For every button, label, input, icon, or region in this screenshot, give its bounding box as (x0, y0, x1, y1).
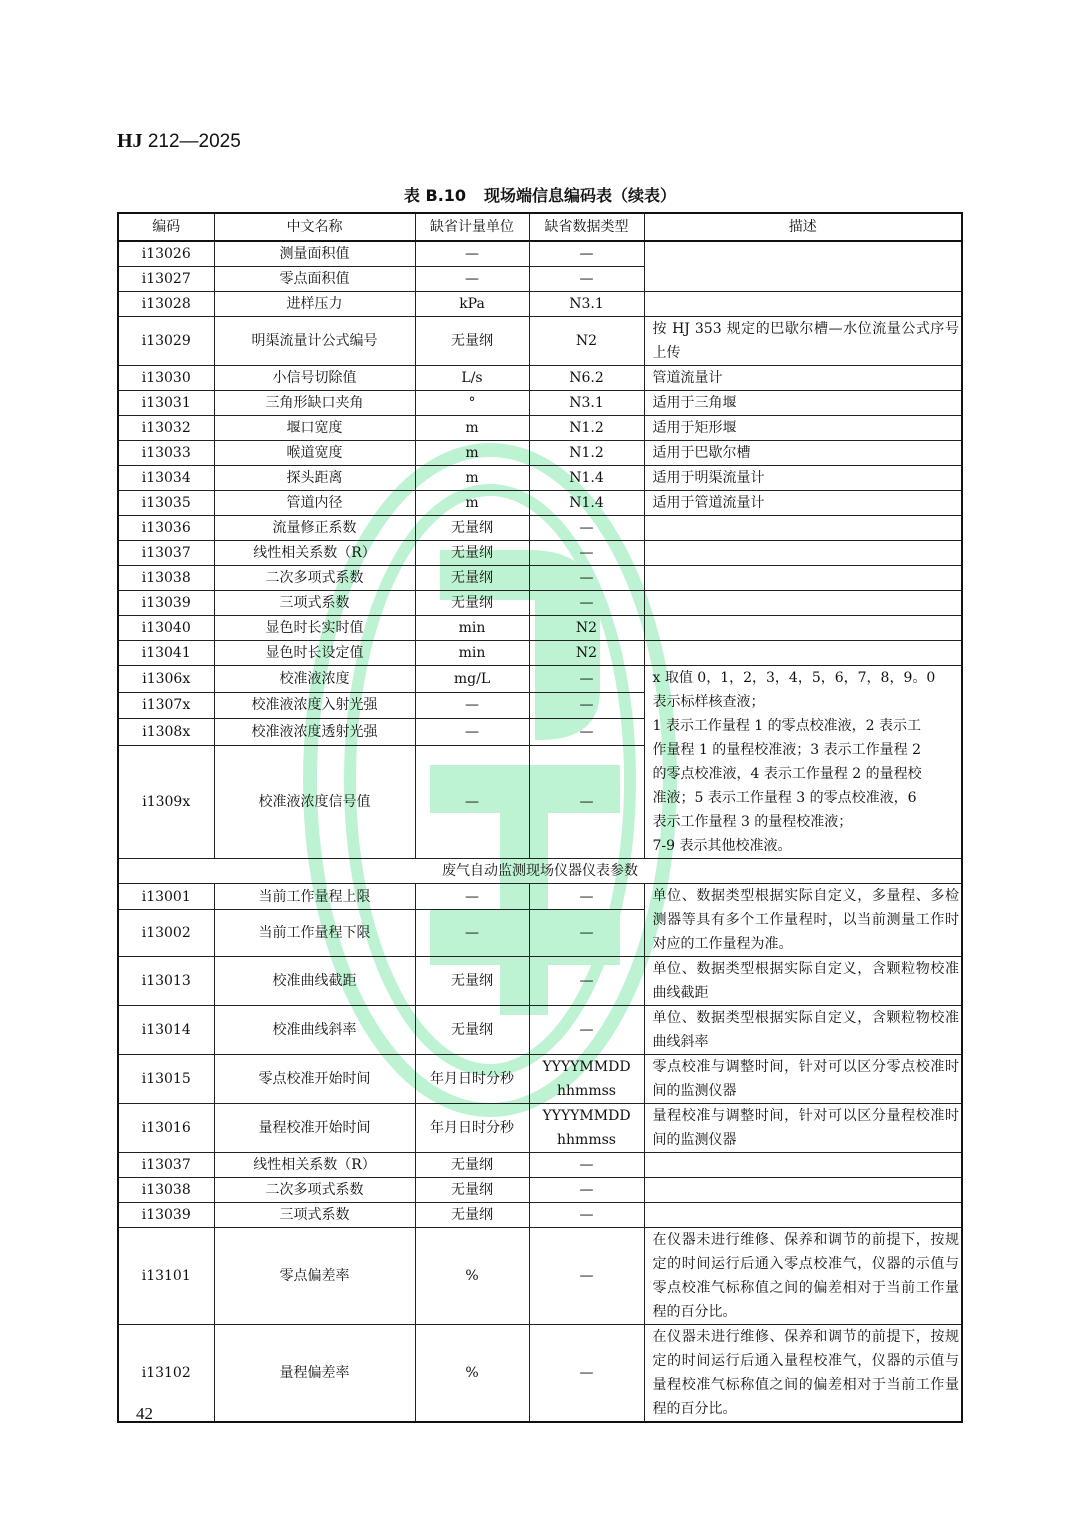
cell-name: 校准液浓度信号值 (214, 746, 415, 859)
cell-name: 零点偏差率 (214, 1228, 415, 1325)
cell-code: i1307x (118, 692, 214, 719)
cell-type: — (529, 957, 644, 1006)
cell-type: N2 (529, 641, 644, 666)
cell-code: i13031 (118, 391, 214, 416)
cell-unit: 无量纲 (415, 1203, 529, 1228)
cell-code: i13013 (118, 957, 214, 1006)
cell-name: 管道内径 (214, 491, 415, 516)
cell-unit: mg/L (415, 666, 529, 693)
cell-type: N3.1 (529, 391, 644, 416)
table-row: i13102量程偏差率%—在仪器未进行维修、保养和调节的前提下，按规定的时间运行… (118, 1325, 962, 1423)
cell-desc (644, 516, 962, 541)
table-row: i13040显色时长实时值minN2 (118, 616, 962, 641)
cell-type: — (529, 692, 644, 719)
cell-type: N2 (529, 317, 644, 366)
table-row: i13031三角形缺口夹角°N3.1适用于三角堰 (118, 391, 962, 416)
cell-name: 堰口宽度 (214, 416, 415, 441)
cell-type: — (529, 1178, 644, 1203)
cell-type: — (529, 884, 644, 910)
table-row: i13001当前工作量程上限——单位、数据类型根据实际自定义，多量程、多检测器等… (118, 884, 962, 910)
cell-desc (644, 641, 962, 666)
table-row: i13039三项式系数无量纲— (118, 1203, 962, 1228)
cell-name: 量程偏差率 (214, 1325, 415, 1423)
table-row: i13033喉道宽度mN1.2适用于巴歇尔槽 (118, 441, 962, 466)
cell-name: 三角形缺口夹角 (214, 391, 415, 416)
cell-type: N1.2 (529, 416, 644, 441)
cell-type: N1.4 (529, 491, 644, 516)
table-header-row: 编码 中文名称 缺省计量单位 缺省数据类型 描述 (118, 213, 962, 241)
cell-code: i13030 (118, 366, 214, 391)
cell-unit: — (415, 267, 529, 292)
cell-desc (644, 292, 962, 317)
cell-code: i13040 (118, 616, 214, 641)
cell-unit: m (415, 491, 529, 516)
cell-unit: % (415, 1325, 529, 1423)
cell-code: i13026 (118, 241, 214, 267)
cell-name: 喉道宽度 (214, 441, 415, 466)
cell-unit: — (415, 241, 529, 267)
cell-unit: m (415, 441, 529, 466)
cell-unit: min (415, 641, 529, 666)
cell-name: 进样压力 (214, 292, 415, 317)
cell-name: 三项式系数 (214, 591, 415, 616)
table-row: i13034探头距离mN1.4适用于明渠流量计 (118, 466, 962, 491)
cell-name: 线性相关系数（R） (214, 1153, 415, 1178)
cell-desc-calibration: x 取值 0，1，2，3，4，5，6，7，8，9。0表示标样核查液；1 表示工作… (644, 666, 962, 859)
table-row: i13036流量修正系数无量纲— (118, 516, 962, 541)
cell-type: — (529, 719, 644, 746)
table-row: i13029明渠流量计公式编号无量纲N2按 HJ 353 规定的巴歇尔槽—水位流… (118, 317, 962, 366)
cell-unit: % (415, 1228, 529, 1325)
cell-desc: 单位、数据类型根据实际自定义，含颗粒物校准曲线斜率 (644, 1006, 962, 1055)
cell-name: 校准液浓度透射光强 (214, 719, 415, 746)
table-row: i13039三项式系数无量纲— (118, 591, 962, 616)
cell-name: 校准曲线截距 (214, 957, 415, 1006)
cell-desc: 适用于明渠流量计 (644, 466, 962, 491)
cell-desc (644, 591, 962, 616)
cell-name: 探头距离 (214, 466, 415, 491)
cell-name: 零点校准开始时间 (214, 1055, 415, 1104)
cell-code: i13033 (118, 441, 214, 466)
cell-code: i13015 (118, 1055, 214, 1104)
cell-unit: ° (415, 391, 529, 416)
cell-name: 零点面积值 (214, 267, 415, 292)
cell-unit: — (415, 719, 529, 746)
cell-desc (644, 1178, 962, 1203)
cell-desc: 适用于三角堰 (644, 391, 962, 416)
cell-type: — (529, 1325, 644, 1423)
col-unit: 缺省计量单位 (415, 213, 529, 241)
cell-desc (644, 541, 962, 566)
standard-header: HJ 212—2025 (117, 130, 241, 153)
col-name: 中文名称 (214, 213, 415, 241)
cell-type: N1.2 (529, 441, 644, 466)
cell-type: — (529, 1228, 644, 1325)
section-title: 废气自动监测现场仪器仪表参数 (118, 859, 962, 884)
table-row: i13032堰口宽度mN1.2适用于矩形堰 (118, 416, 962, 441)
cell-type: — (529, 566, 644, 591)
cell-code: i13029 (118, 317, 214, 366)
table-row: i13026测量面积值—— (118, 241, 962, 267)
standard-number: 212—2025 (148, 131, 241, 152)
cell-code: i13028 (118, 292, 214, 317)
table-label: 表 B.10 (404, 186, 466, 205)
cell-type: — (529, 666, 644, 693)
cell-code: i13027 (118, 267, 214, 292)
table-row: i13037线性相关系数（R）无量纲— (118, 1153, 962, 1178)
cell-desc: 在仪器未进行维修、保养和调节的前提下，按规定的时间运行后通入量程校准气，仪器的示… (644, 1325, 962, 1423)
table-row: i1306x校准液浓度mg/L—x 取值 0，1，2，3，4，5，6，7，8，9… (118, 666, 962, 693)
cell-unit: 无量纲 (415, 317, 529, 366)
cell-unit: 无量纲 (415, 516, 529, 541)
cell-unit: — (415, 746, 529, 859)
cell-type: — (529, 1006, 644, 1055)
cell-code: i13014 (118, 1006, 214, 1055)
cell-unit: m (415, 466, 529, 491)
cell-name: 小信号切除值 (214, 366, 415, 391)
cell-name: 线性相关系数（R） (214, 541, 415, 566)
cell-unit: 无量纲 (415, 1006, 529, 1055)
cell-code: i13039 (118, 1203, 214, 1228)
cell-type: — (529, 1153, 644, 1178)
cell-code: i13101 (118, 1228, 214, 1325)
cell-type: — (529, 241, 644, 267)
cell-code: i13102 (118, 1325, 214, 1423)
cell-unit: 年月日时分秒 (415, 1104, 529, 1153)
cell-desc (644, 241, 962, 292)
cell-type: N6.2 (529, 366, 644, 391)
table-row: i13035管道内径mN1.4适用于管道流量计 (118, 491, 962, 516)
cell-type: — (529, 591, 644, 616)
cell-code: i13038 (118, 1178, 214, 1203)
cell-type: — (529, 541, 644, 566)
cell-name: 二次多项式系数 (214, 566, 415, 591)
cell-code: i1308x (118, 719, 214, 746)
cell-desc (644, 1203, 962, 1228)
cell-unit: 无量纲 (415, 957, 529, 1006)
cell-name: 校准液浓度入射光强 (214, 692, 415, 719)
cell-name: 量程校准开始时间 (214, 1104, 415, 1153)
cell-unit: — (415, 692, 529, 719)
cell-code: i13001 (118, 884, 214, 910)
cell-type: N2 (529, 616, 644, 641)
cell-code: i13035 (118, 491, 214, 516)
cell-desc: 适用于巴歇尔槽 (644, 441, 962, 466)
cell-unit: 无量纲 (415, 1178, 529, 1203)
cell-name: 测量面积值 (214, 241, 415, 267)
cell-type: N1.4 (529, 466, 644, 491)
col-type: 缺省数据类型 (529, 213, 644, 241)
table-row: i13038二次多项式系数无量纲— (118, 1178, 962, 1203)
table-row: i13014校准曲线斜率无量纲—单位、数据类型根据实际自定义，含颗粒物校准曲线斜… (118, 1006, 962, 1055)
cell-desc: 在仪器未进行维修、保养和调节的前提下，按规定的时间运行后通入零点校准气，仪器的示… (644, 1228, 962, 1325)
cell-desc: 零点校准与调整时间，针对可以区分零点校准时间的监测仪器 (644, 1055, 962, 1104)
col-code: 编码 (118, 213, 214, 241)
cell-desc-range: 单位、数据类型根据实际自定义，多量程、多检测器等具有多个工作量程时，以当前测量工… (644, 884, 962, 957)
cell-unit: min (415, 616, 529, 641)
cell-desc: 管道流量计 (644, 366, 962, 391)
cell-desc (644, 566, 962, 591)
cell-type: N3.1 (529, 292, 644, 317)
cell-name: 校准液浓度 (214, 666, 415, 693)
cell-desc (644, 1153, 962, 1178)
cell-name: 当前工作量程下限 (214, 910, 415, 957)
cell-name: 显色时长设定值 (214, 641, 415, 666)
cell-unit: kPa (415, 292, 529, 317)
table-row: i13013校准曲线截距无量纲—单位、数据类型根据实际自定义，含颗粒物校准曲线截… (118, 957, 962, 1006)
cell-code: i13034 (118, 466, 214, 491)
cell-unit: — (415, 910, 529, 957)
cell-type: — (529, 910, 644, 957)
cell-code: i13016 (118, 1104, 214, 1153)
cell-name: 校准曲线斜率 (214, 1006, 415, 1055)
table-caption: 表 B.10现场端信息编码表（续表） (0, 183, 1080, 206)
cell-unit: 无量纲 (415, 591, 529, 616)
cell-code: i13002 (118, 910, 214, 957)
cell-unit: L/s (415, 366, 529, 391)
cell-code: i13039 (118, 591, 214, 616)
cell-type: YYYYMMDDhhmmss (529, 1055, 644, 1104)
cell-code: i13037 (118, 1153, 214, 1178)
cell-name: 明渠流量计公式编号 (214, 317, 415, 366)
table-row: i13016量程校准开始时间年月日时分秒YYYYMMDDhhmmss量程校准与调… (118, 1104, 962, 1153)
cell-desc: 量程校准与调整时间，针对可以区分量程校准时间的监测仪器 (644, 1104, 962, 1153)
table-row: i13038二次多项式系数无量纲— (118, 566, 962, 591)
table-row: i13015零点校准开始时间年月日时分秒YYYYMMDDhhmmss零点校准与调… (118, 1055, 962, 1104)
cell-type: — (529, 267, 644, 292)
cell-name: 流量修正系数 (214, 516, 415, 541)
cell-name: 显色时长实时值 (214, 616, 415, 641)
table-title: 现场端信息编码表（续表） (484, 186, 676, 205)
col-desc: 描述 (644, 213, 962, 241)
cell-desc: 单位、数据类型根据实际自定义，含颗粒物校准曲线截距 (644, 957, 962, 1006)
cell-name: 二次多项式系数 (214, 1178, 415, 1203)
table-row: i13037线性相关系数（R）无量纲— (118, 541, 962, 566)
cell-code: i13036 (118, 516, 214, 541)
info-code-table: 编码 中文名称 缺省计量单位 缺省数据类型 描述 i13026测量面积值——i1… (117, 212, 963, 1423)
table-row: i13030小信号切除值L/sN6.2管道流量计 (118, 366, 962, 391)
section-row: 废气自动监测现场仪器仪表参数 (118, 859, 962, 884)
cell-code: i13032 (118, 416, 214, 441)
cell-type: — (529, 1203, 644, 1228)
table-row: i13101零点偏差率%—在仪器未进行维修、保养和调节的前提下，按规定的时间运行… (118, 1228, 962, 1325)
cell-type: YYYYMMDDhhmmss (529, 1104, 644, 1153)
cell-desc: 按 HJ 353 规定的巴歇尔槽—水位流量公式序号上传 (644, 317, 962, 366)
cell-code: i1309x (118, 746, 214, 859)
cell-type: — (529, 746, 644, 859)
cell-unit: 无量纲 (415, 1153, 529, 1178)
cell-code: i13041 (118, 641, 214, 666)
cell-unit: 无量纲 (415, 541, 529, 566)
cell-unit: m (415, 416, 529, 441)
cell-unit: 年月日时分秒 (415, 1055, 529, 1104)
cell-name: 当前工作量程上限 (214, 884, 415, 910)
cell-desc: 适用于矩形堰 (644, 416, 962, 441)
standard-prefix: HJ (117, 130, 143, 152)
cell-unit: 无量纲 (415, 566, 529, 591)
cell-code: i13038 (118, 566, 214, 591)
cell-desc: 适用于管道流量计 (644, 491, 962, 516)
cell-type: — (529, 516, 644, 541)
cell-code: i13037 (118, 541, 214, 566)
cell-name: 三项式系数 (214, 1203, 415, 1228)
cell-unit: — (415, 884, 529, 910)
cell-desc (644, 616, 962, 641)
table-row: i13028进样压力kPaN3.1 (118, 292, 962, 317)
cell-code: i1306x (118, 666, 214, 693)
table-row: i13041显色时长设定值minN2 (118, 641, 962, 666)
